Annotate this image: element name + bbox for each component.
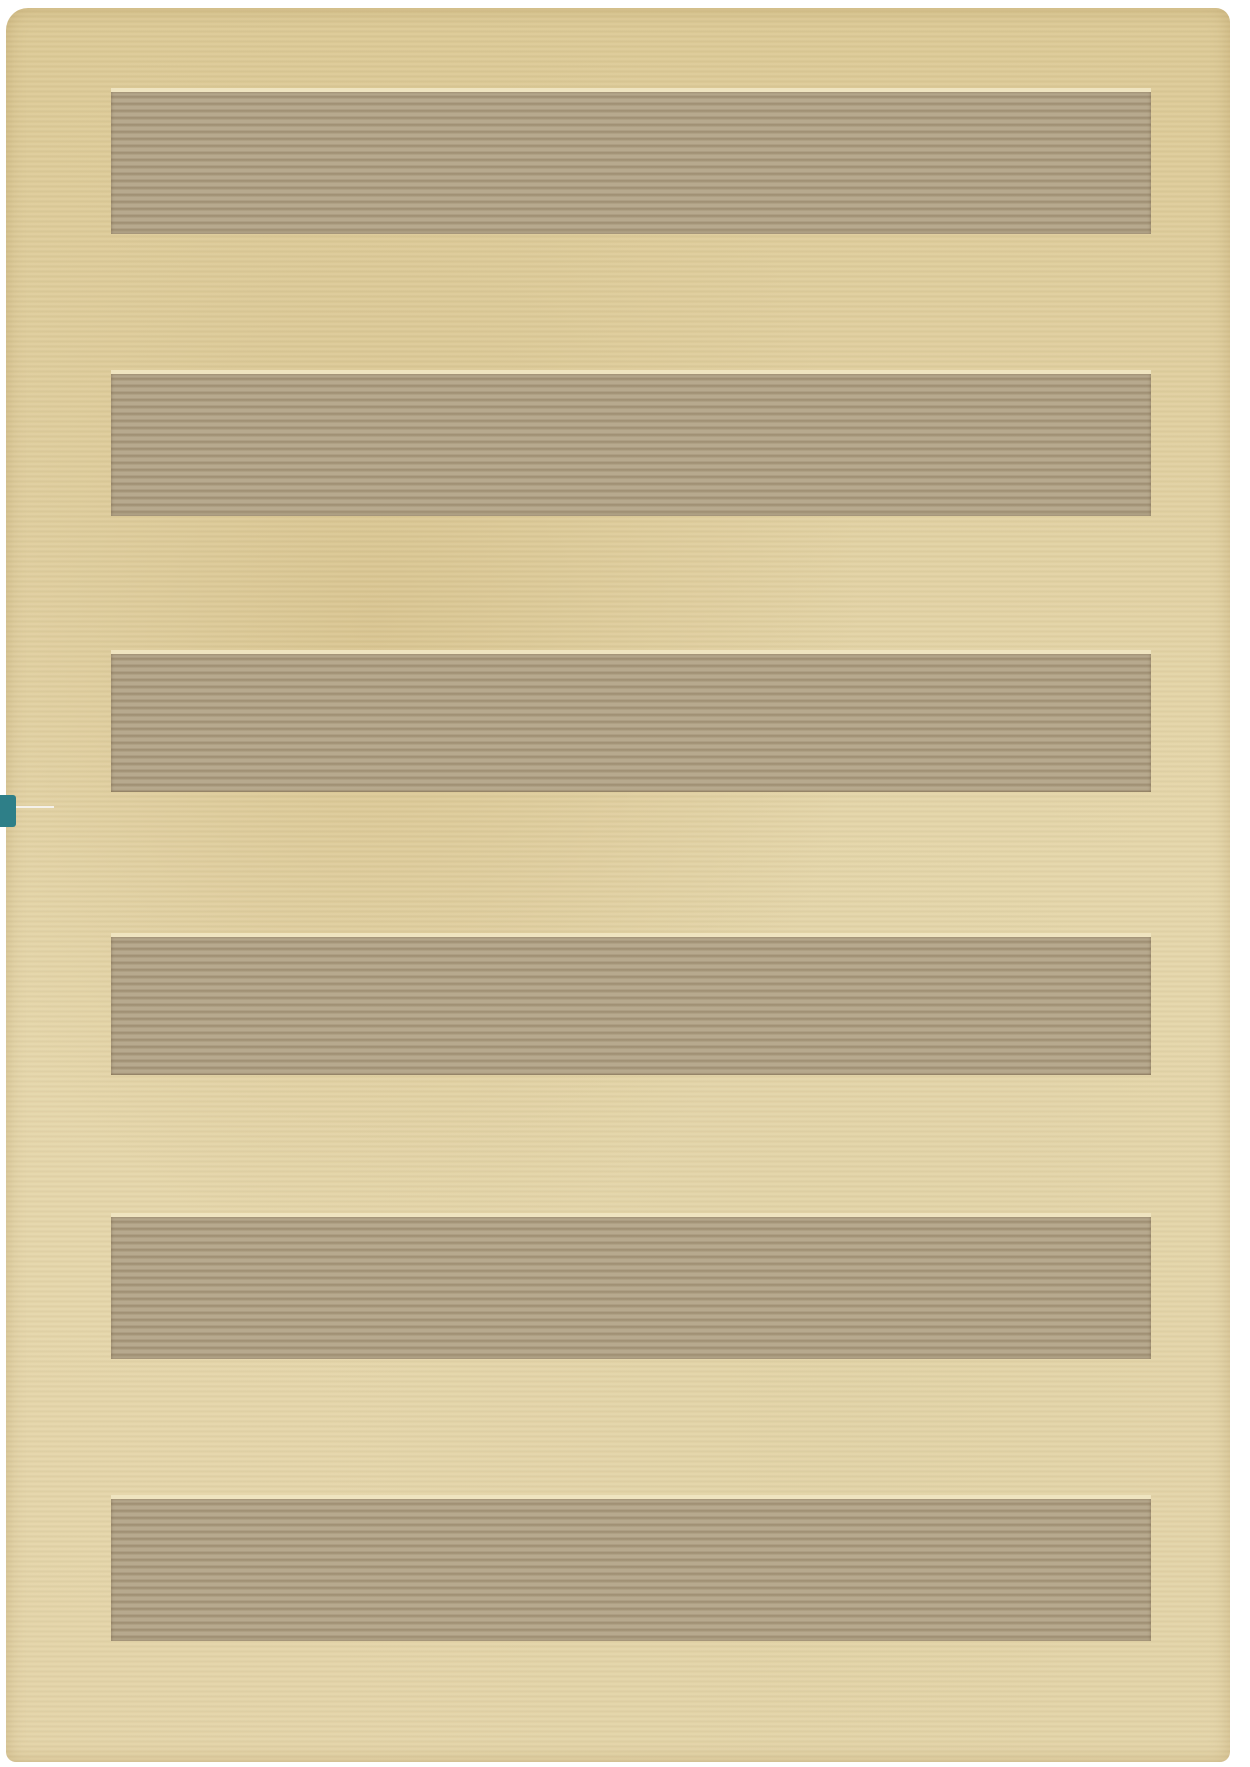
rug-stripe-4 — [111, 933, 1151, 1075]
rug-stripe-5 — [111, 1213, 1151, 1359]
rug-stripe-3 — [111, 650, 1151, 792]
rug-label-tag — [0, 795, 16, 827]
rug-stripe-1 — [111, 88, 1151, 234]
rug-stripe-2 — [111, 370, 1151, 516]
rug — [6, 8, 1230, 1762]
tag-thread — [16, 806, 54, 808]
rug-stripe-6 — [111, 1495, 1151, 1641]
